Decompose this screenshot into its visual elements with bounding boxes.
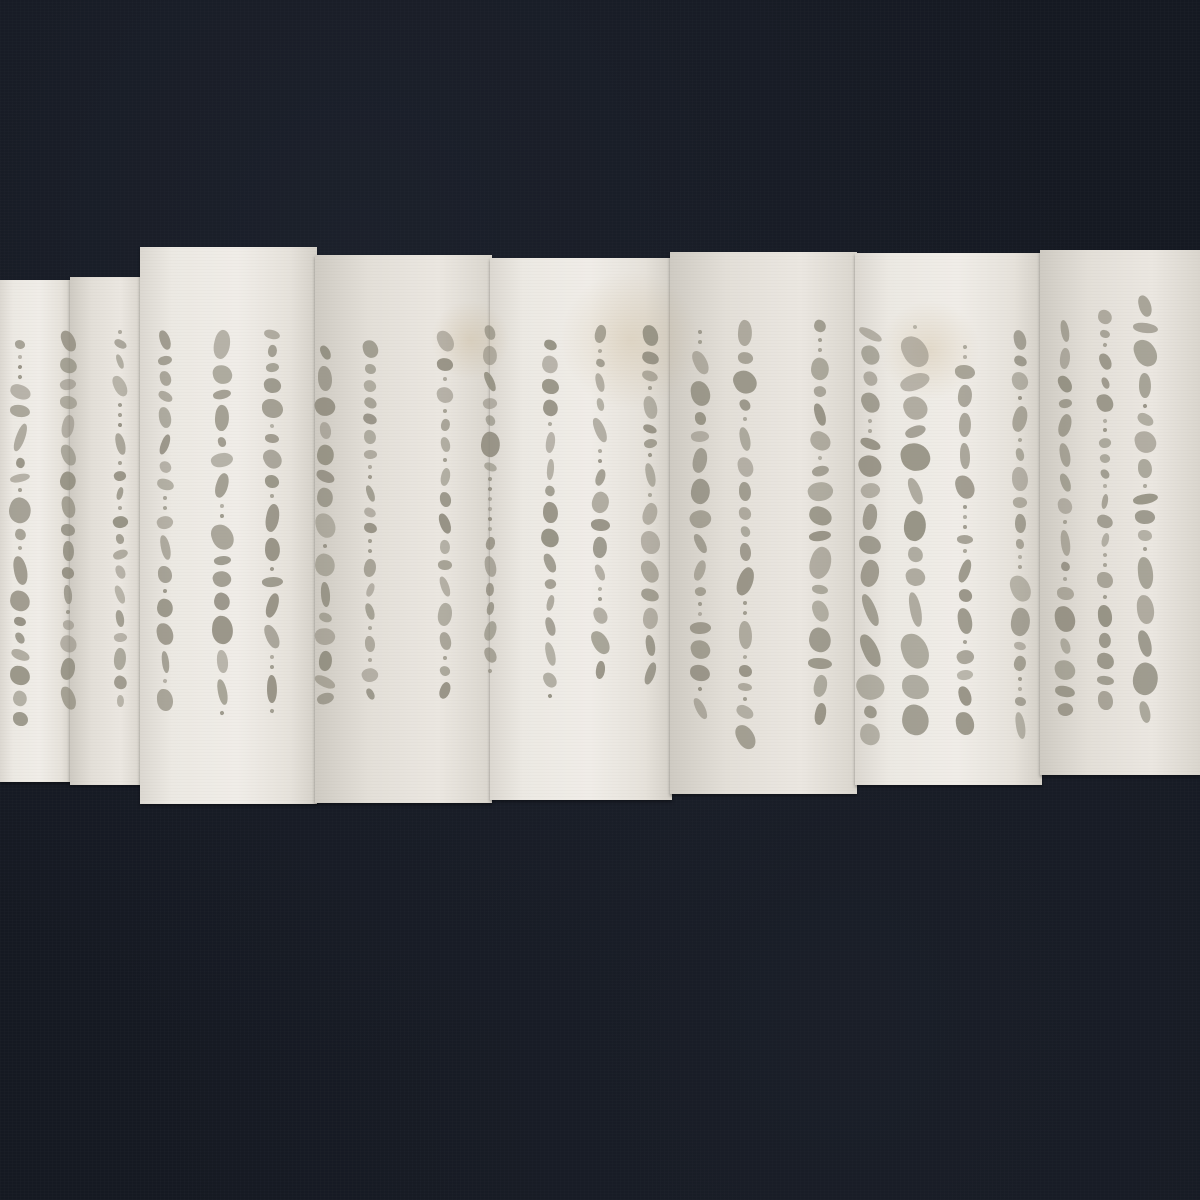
calligraphy-stroke <box>1063 577 1067 581</box>
calligraphy-stroke <box>482 370 497 392</box>
calligraphy-stroke <box>59 377 77 392</box>
calligraphy-stroke <box>57 633 79 654</box>
calligraphy-stroke <box>648 493 653 497</box>
calligraphy-stroke <box>61 567 74 580</box>
calligraphy-stroke <box>1099 453 1111 464</box>
calligraphy-stroke <box>1098 604 1113 627</box>
calligraphy-stroke <box>1059 530 1070 557</box>
calligraphy-column <box>425 330 465 700</box>
calligraphy-stroke <box>443 409 447 413</box>
calligraphy-stroke <box>360 666 380 685</box>
calligraphy-stroke <box>220 504 224 508</box>
calligraphy-column <box>1085 310 1125 710</box>
calligraphy-stroke <box>544 616 557 636</box>
calligraphy-stroke <box>639 558 661 585</box>
calligraphy-stroke <box>698 330 703 335</box>
calligraphy-stroke <box>541 379 559 395</box>
calligraphy-stroke <box>1012 496 1028 509</box>
calligraphy-stroke <box>1015 448 1025 462</box>
calligraphy-stroke <box>812 402 827 427</box>
calligraphy-stroke <box>263 503 282 533</box>
calligraphy-stroke <box>118 506 123 511</box>
calligraphy-stroke <box>737 319 754 346</box>
calligraphy-stroke <box>368 626 372 630</box>
calligraphy-stroke <box>817 455 822 460</box>
calligraphy-stroke <box>58 442 77 467</box>
calligraphy-stroke <box>216 678 229 705</box>
calligraphy-stroke <box>315 690 335 707</box>
calligraphy-stroke <box>1103 484 1107 488</box>
calligraphy-stroke <box>59 396 76 409</box>
calligraphy-stroke <box>438 631 451 650</box>
calligraphy-stroke <box>362 558 378 578</box>
calligraphy-stroke <box>438 467 451 487</box>
calligraphy-stroke <box>1018 555 1022 559</box>
calligraphy-stroke <box>897 331 933 371</box>
calligraphy-stroke <box>264 537 281 561</box>
calligraphy-stroke <box>156 389 173 403</box>
calligraphy-stroke <box>1014 514 1026 534</box>
calligraphy-stroke <box>807 505 833 528</box>
calligraphy-stroke <box>540 354 560 375</box>
calligraphy-stroke <box>112 647 127 671</box>
calligraphy-stroke <box>17 364 22 369</box>
calligraphy-stroke <box>857 558 883 589</box>
calligraphy-stroke <box>539 527 560 548</box>
calligraphy-stroke <box>956 558 975 584</box>
calligraphy-stroke <box>1098 632 1112 648</box>
calligraphy-stroke <box>488 507 493 512</box>
calligraphy-stroke <box>118 403 123 408</box>
calligraphy-stroke <box>1100 494 1109 509</box>
calligraphy-stroke <box>809 356 831 381</box>
calligraphy-stroke <box>1103 562 1107 566</box>
calligraphy-stroke <box>156 478 175 492</box>
calligraphy-stroke <box>598 449 603 454</box>
calligraphy-stroke <box>213 404 230 432</box>
calligraphy-stroke <box>488 477 493 482</box>
calligraphy-stroke <box>594 372 605 392</box>
calligraphy-stroke <box>15 340 25 350</box>
calligraphy-stroke <box>112 674 129 691</box>
calligraphy-stroke <box>1130 336 1160 370</box>
calligraphy-column <box>202 330 242 730</box>
calligraphy-stroke <box>595 358 606 368</box>
calligraphy-stroke <box>439 418 452 432</box>
calligraphy-stroke <box>640 531 660 555</box>
calligraphy-stroke <box>1143 547 1147 551</box>
calligraphy-stroke <box>953 473 977 501</box>
calligraphy-stroke <box>640 588 660 604</box>
calligraphy-stroke <box>158 534 171 560</box>
calligraphy-stroke <box>906 546 923 563</box>
calligraphy-stroke <box>597 586 602 591</box>
calligraphy-stroke <box>963 549 968 554</box>
calligraphy-stroke <box>438 575 452 597</box>
calligraphy-stroke <box>739 482 752 501</box>
calligraphy-stroke <box>590 519 609 532</box>
calligraphy-stroke <box>12 712 27 726</box>
calligraphy-stroke <box>440 436 451 452</box>
calligraphy-stroke <box>114 564 127 580</box>
calligraphy-stroke <box>689 348 710 376</box>
calligraphy-stroke <box>642 661 659 686</box>
calligraphy-stroke <box>313 552 338 578</box>
calligraphy-stroke <box>808 529 832 543</box>
calligraphy-stroke <box>478 430 502 458</box>
calligraphy-stroke <box>485 583 495 597</box>
calligraphy-stroke <box>541 398 559 417</box>
calligraphy-stroke <box>689 380 710 407</box>
calligraphy-stroke <box>543 641 556 666</box>
calligraphy-stroke <box>1012 354 1027 367</box>
calligraphy-stroke <box>963 515 967 519</box>
calligraphy-stroke <box>1012 467 1029 492</box>
calligraphy-stroke <box>1098 436 1113 449</box>
calligraphy-stroke <box>690 430 709 443</box>
calligraphy-stroke <box>1134 509 1155 525</box>
calligraphy-stroke <box>1014 641 1027 650</box>
calligraphy-stroke <box>1059 637 1072 655</box>
calligraphy-stroke <box>269 423 274 428</box>
calligraphy-stroke <box>219 710 224 715</box>
calligraphy-column <box>470 325 510 685</box>
calligraphy-column <box>630 325 670 685</box>
calligraphy-stroke <box>163 506 168 511</box>
photo-scene <box>0 0 1200 1200</box>
calligraphy-column <box>530 340 570 710</box>
calligraphy-stroke <box>436 357 453 372</box>
calligraphy-stroke <box>956 384 974 409</box>
calligraphy-stroke <box>158 566 172 583</box>
calligraphy-stroke <box>115 353 125 369</box>
calligraphy-stroke <box>955 647 976 666</box>
calligraphy-stroke <box>116 534 125 545</box>
calligraphy-stroke <box>541 670 559 690</box>
calligraphy-stroke <box>688 477 713 506</box>
calligraphy-stroke <box>691 696 709 721</box>
calligraphy-stroke <box>161 651 170 674</box>
calligraphy-stroke <box>698 340 703 345</box>
calligraphy-stroke <box>597 348 602 353</box>
calligraphy-stroke <box>1056 373 1074 394</box>
calligraphy-stroke <box>818 348 823 353</box>
calligraphy-stroke <box>697 612 702 617</box>
calligraphy-stroke <box>482 646 498 665</box>
calligraphy-stroke <box>1054 685 1075 698</box>
calligraphy-stroke <box>9 665 31 686</box>
calligraphy-stroke <box>647 453 652 458</box>
calligraphy-stroke <box>13 528 26 541</box>
calligraphy-stroke <box>260 446 284 471</box>
calligraphy-stroke <box>957 607 974 634</box>
calligraphy-stroke <box>1017 437 1022 442</box>
calligraphy-stroke <box>1057 497 1073 515</box>
calligraphy-stroke <box>439 540 450 555</box>
calligraphy-stroke <box>641 369 659 382</box>
calligraphy-stroke <box>544 594 555 611</box>
calligraphy-stroke <box>1056 701 1074 718</box>
calligraphy-stroke <box>912 324 917 329</box>
calligraphy-stroke <box>17 374 22 379</box>
calligraphy-stroke <box>265 361 280 373</box>
calligraphy-stroke <box>1128 660 1162 698</box>
calligraphy-column <box>145 330 185 720</box>
calligraphy-stroke <box>1137 629 1154 658</box>
calligraphy-stroke <box>261 576 283 588</box>
calligraphy-stroke <box>1100 329 1111 337</box>
calligraphy-stroke <box>267 675 278 703</box>
calligraphy-stroke <box>368 658 372 662</box>
calligraphy-stroke <box>118 423 123 428</box>
calligraphy-stroke <box>898 369 932 396</box>
calligraphy-column <box>945 345 985 735</box>
calligraphy-stroke <box>804 544 835 581</box>
calligraphy-stroke <box>957 534 973 543</box>
calligraphy-stroke <box>318 612 333 624</box>
calligraphy-column <box>680 330 720 720</box>
calligraphy-stroke <box>18 355 22 359</box>
calligraphy-stroke <box>485 601 495 615</box>
calligraphy-stroke <box>1014 712 1026 740</box>
calligraphy-stroke <box>439 665 451 677</box>
calligraphy-stroke <box>443 458 447 462</box>
calligraphy-stroke <box>488 517 493 522</box>
calligraphy-stroke <box>598 597 603 602</box>
calligraphy-stroke <box>483 555 497 577</box>
calligraphy-column <box>1125 295 1165 725</box>
calligraphy-stroke <box>956 668 974 681</box>
calligraphy-stroke <box>265 434 279 443</box>
calligraphy-stroke <box>593 468 608 487</box>
calligraphy-stroke <box>818 338 823 343</box>
calligraphy-stroke <box>323 544 328 549</box>
calligraphy-stroke <box>209 450 234 470</box>
calligraphy-stroke <box>859 592 881 628</box>
calligraphy-stroke <box>1013 329 1028 350</box>
calligraphy-stroke <box>265 475 280 489</box>
calligraphy-stroke <box>905 476 925 506</box>
calligraphy-stroke <box>963 344 968 349</box>
calligraphy-stroke <box>739 543 750 561</box>
calligraphy-stroke <box>1103 428 1107 432</box>
calligraphy-stroke <box>111 547 128 561</box>
calligraphy-stroke <box>313 626 336 647</box>
calligraphy-stroke <box>736 455 754 477</box>
calligraphy-stroke <box>1053 658 1076 681</box>
calligraphy-stroke <box>220 514 225 519</box>
calligraphy-stroke <box>1097 352 1113 372</box>
calligraphy-stroke <box>901 509 930 543</box>
calligraphy-stroke <box>588 628 612 657</box>
calligraphy-stroke <box>1132 322 1158 334</box>
calligraphy-stroke <box>1099 532 1110 547</box>
calligraphy-stroke <box>1009 404 1030 433</box>
calligraphy-stroke <box>903 422 927 441</box>
calligraphy-stroke <box>598 459 603 464</box>
calligraphy-stroke <box>364 602 376 620</box>
calligraphy-stroke <box>208 521 236 552</box>
calligraphy-stroke <box>211 328 234 360</box>
calligraphy-stroke <box>543 577 557 590</box>
calligraphy-stroke <box>1008 606 1033 638</box>
calligraphy-stroke <box>113 469 128 482</box>
calligraphy-stroke <box>858 390 881 416</box>
calligraphy-stroke <box>488 527 492 531</box>
calligraphy-stroke <box>591 416 609 444</box>
calligraphy-stroke <box>1132 491 1159 506</box>
calligraphy-stroke <box>1095 392 1115 414</box>
calligraphy-stroke <box>958 589 972 603</box>
calligraphy-stroke <box>548 422 553 427</box>
calligraphy-stroke <box>1055 413 1074 439</box>
calligraphy-column <box>48 330 88 710</box>
calligraphy-stroke <box>810 464 829 479</box>
calligraphy-stroke <box>314 443 336 467</box>
calligraphy-stroke <box>813 385 828 399</box>
calligraphy-stroke <box>363 507 377 519</box>
calligraphy-stroke <box>363 449 377 460</box>
calligraphy-stroke <box>545 459 555 481</box>
calligraphy-stroke <box>1102 594 1107 599</box>
calligraphy-stroke <box>484 414 496 427</box>
calligraphy-stroke <box>10 422 29 452</box>
calligraphy-column <box>305 345 345 715</box>
calligraphy-stroke <box>690 446 710 474</box>
calligraphy-stroke <box>640 606 659 630</box>
calligraphy-stroke <box>364 364 375 374</box>
calligraphy-stroke <box>904 566 927 588</box>
calligraphy-stroke <box>437 512 453 535</box>
calligraphy-stroke <box>59 414 77 439</box>
calligraphy-stroke <box>738 665 751 677</box>
calligraphy-stroke <box>588 490 612 516</box>
calligraphy-stroke <box>856 631 883 669</box>
calligraphy-stroke <box>262 592 281 619</box>
folded-scroll <box>0 0 1200 1200</box>
calligraphy-stroke <box>743 696 747 700</box>
calligraphy-stroke <box>367 474 372 479</box>
calligraphy-stroke <box>693 586 706 598</box>
calligraphy-stroke <box>591 536 608 559</box>
calligraphy-stroke <box>436 386 455 405</box>
calligraphy-column <box>800 320 840 740</box>
calligraphy-column <box>252 330 292 720</box>
calligraphy-stroke <box>118 461 122 465</box>
calligraphy-stroke <box>9 472 30 485</box>
calligraphy-stroke <box>1060 561 1071 572</box>
calligraphy-stroke <box>734 704 755 722</box>
calligraphy-stroke <box>862 704 878 719</box>
calligraphy-stroke <box>58 357 77 375</box>
calligraphy-stroke <box>898 441 931 474</box>
calligraphy-stroke <box>1060 320 1071 343</box>
calligraphy-stroke <box>266 344 278 358</box>
calligraphy-stroke <box>1142 403 1147 408</box>
calligraphy-stroke <box>730 366 760 396</box>
calligraphy-stroke <box>163 496 167 500</box>
calligraphy-stroke <box>1137 294 1154 318</box>
calligraphy-stroke <box>157 433 173 455</box>
calligraphy-stroke <box>12 555 29 586</box>
calligraphy-stroke <box>320 582 330 607</box>
calligraphy-stroke <box>955 364 975 379</box>
calligraphy-stroke <box>1015 697 1026 706</box>
calligraphy-stroke <box>17 545 22 550</box>
calligraphy-stroke <box>64 585 73 604</box>
calligraphy-stroke <box>1100 376 1110 389</box>
calligraphy-stroke <box>955 711 975 736</box>
calligraphy-stroke <box>113 632 127 643</box>
calligraphy-stroke <box>434 328 456 354</box>
calligraphy-stroke <box>742 654 747 659</box>
calligraphy-stroke <box>687 506 713 531</box>
calligraphy-column <box>100 330 140 710</box>
calligraphy-stroke <box>158 406 172 428</box>
calligraphy-stroke <box>362 412 378 425</box>
calligraphy-stroke <box>1007 573 1033 604</box>
calligraphy-stroke <box>858 436 881 452</box>
calligraphy-stroke <box>1138 700 1151 723</box>
calligraphy-stroke <box>812 584 829 594</box>
calligraphy-stroke <box>111 514 129 530</box>
calligraphy-stroke <box>1097 309 1114 325</box>
calligraphy-stroke <box>805 479 834 504</box>
calligraphy-stroke <box>867 418 872 423</box>
calligraphy-stroke <box>642 395 658 419</box>
calligraphy-stroke <box>10 404 31 417</box>
calligraphy-stroke <box>899 703 932 738</box>
calligraphy-stroke <box>643 437 658 449</box>
calligraphy-stroke <box>481 620 499 643</box>
calligraphy-stroke <box>6 495 35 526</box>
calligraphy-stroke <box>542 552 558 574</box>
calligraphy-stroke <box>270 665 275 670</box>
calligraphy-stroke <box>806 626 833 655</box>
calligraphy-column <box>350 340 390 710</box>
calligraphy-stroke <box>900 393 930 423</box>
calligraphy-stroke <box>547 693 552 698</box>
calligraphy-stroke <box>868 429 872 433</box>
calligraphy-stroke <box>1058 472 1072 493</box>
calligraphy-stroke <box>694 411 706 425</box>
calligraphy-stroke <box>901 674 929 699</box>
calligraphy-stroke <box>217 436 226 447</box>
calligraphy-stroke <box>856 452 884 480</box>
calligraphy-stroke <box>689 664 710 681</box>
calligraphy-stroke <box>319 422 331 440</box>
calligraphy-stroke <box>1016 539 1024 549</box>
calligraphy-stroke <box>1138 373 1151 399</box>
calligraphy-stroke <box>158 329 173 351</box>
calligraphy-stroke <box>163 589 167 593</box>
calligraphy-stroke <box>739 525 750 538</box>
calligraphy-stroke <box>8 589 32 613</box>
calligraphy-stroke <box>698 602 703 607</box>
calligraphy-stroke <box>211 363 233 385</box>
calligraphy-stroke <box>115 610 125 628</box>
calligraphy-stroke <box>14 457 26 470</box>
calligraphy-stroke <box>743 601 748 606</box>
calligraphy-stroke <box>1096 675 1113 685</box>
calligraphy-stroke <box>361 339 379 359</box>
calligraphy-stroke <box>592 324 608 344</box>
calligraphy-stroke <box>1138 530 1152 541</box>
calligraphy-stroke <box>363 522 377 533</box>
calligraphy-stroke <box>365 636 375 652</box>
calligraphy-stroke <box>483 324 496 341</box>
calligraphy-stroke <box>263 329 280 340</box>
